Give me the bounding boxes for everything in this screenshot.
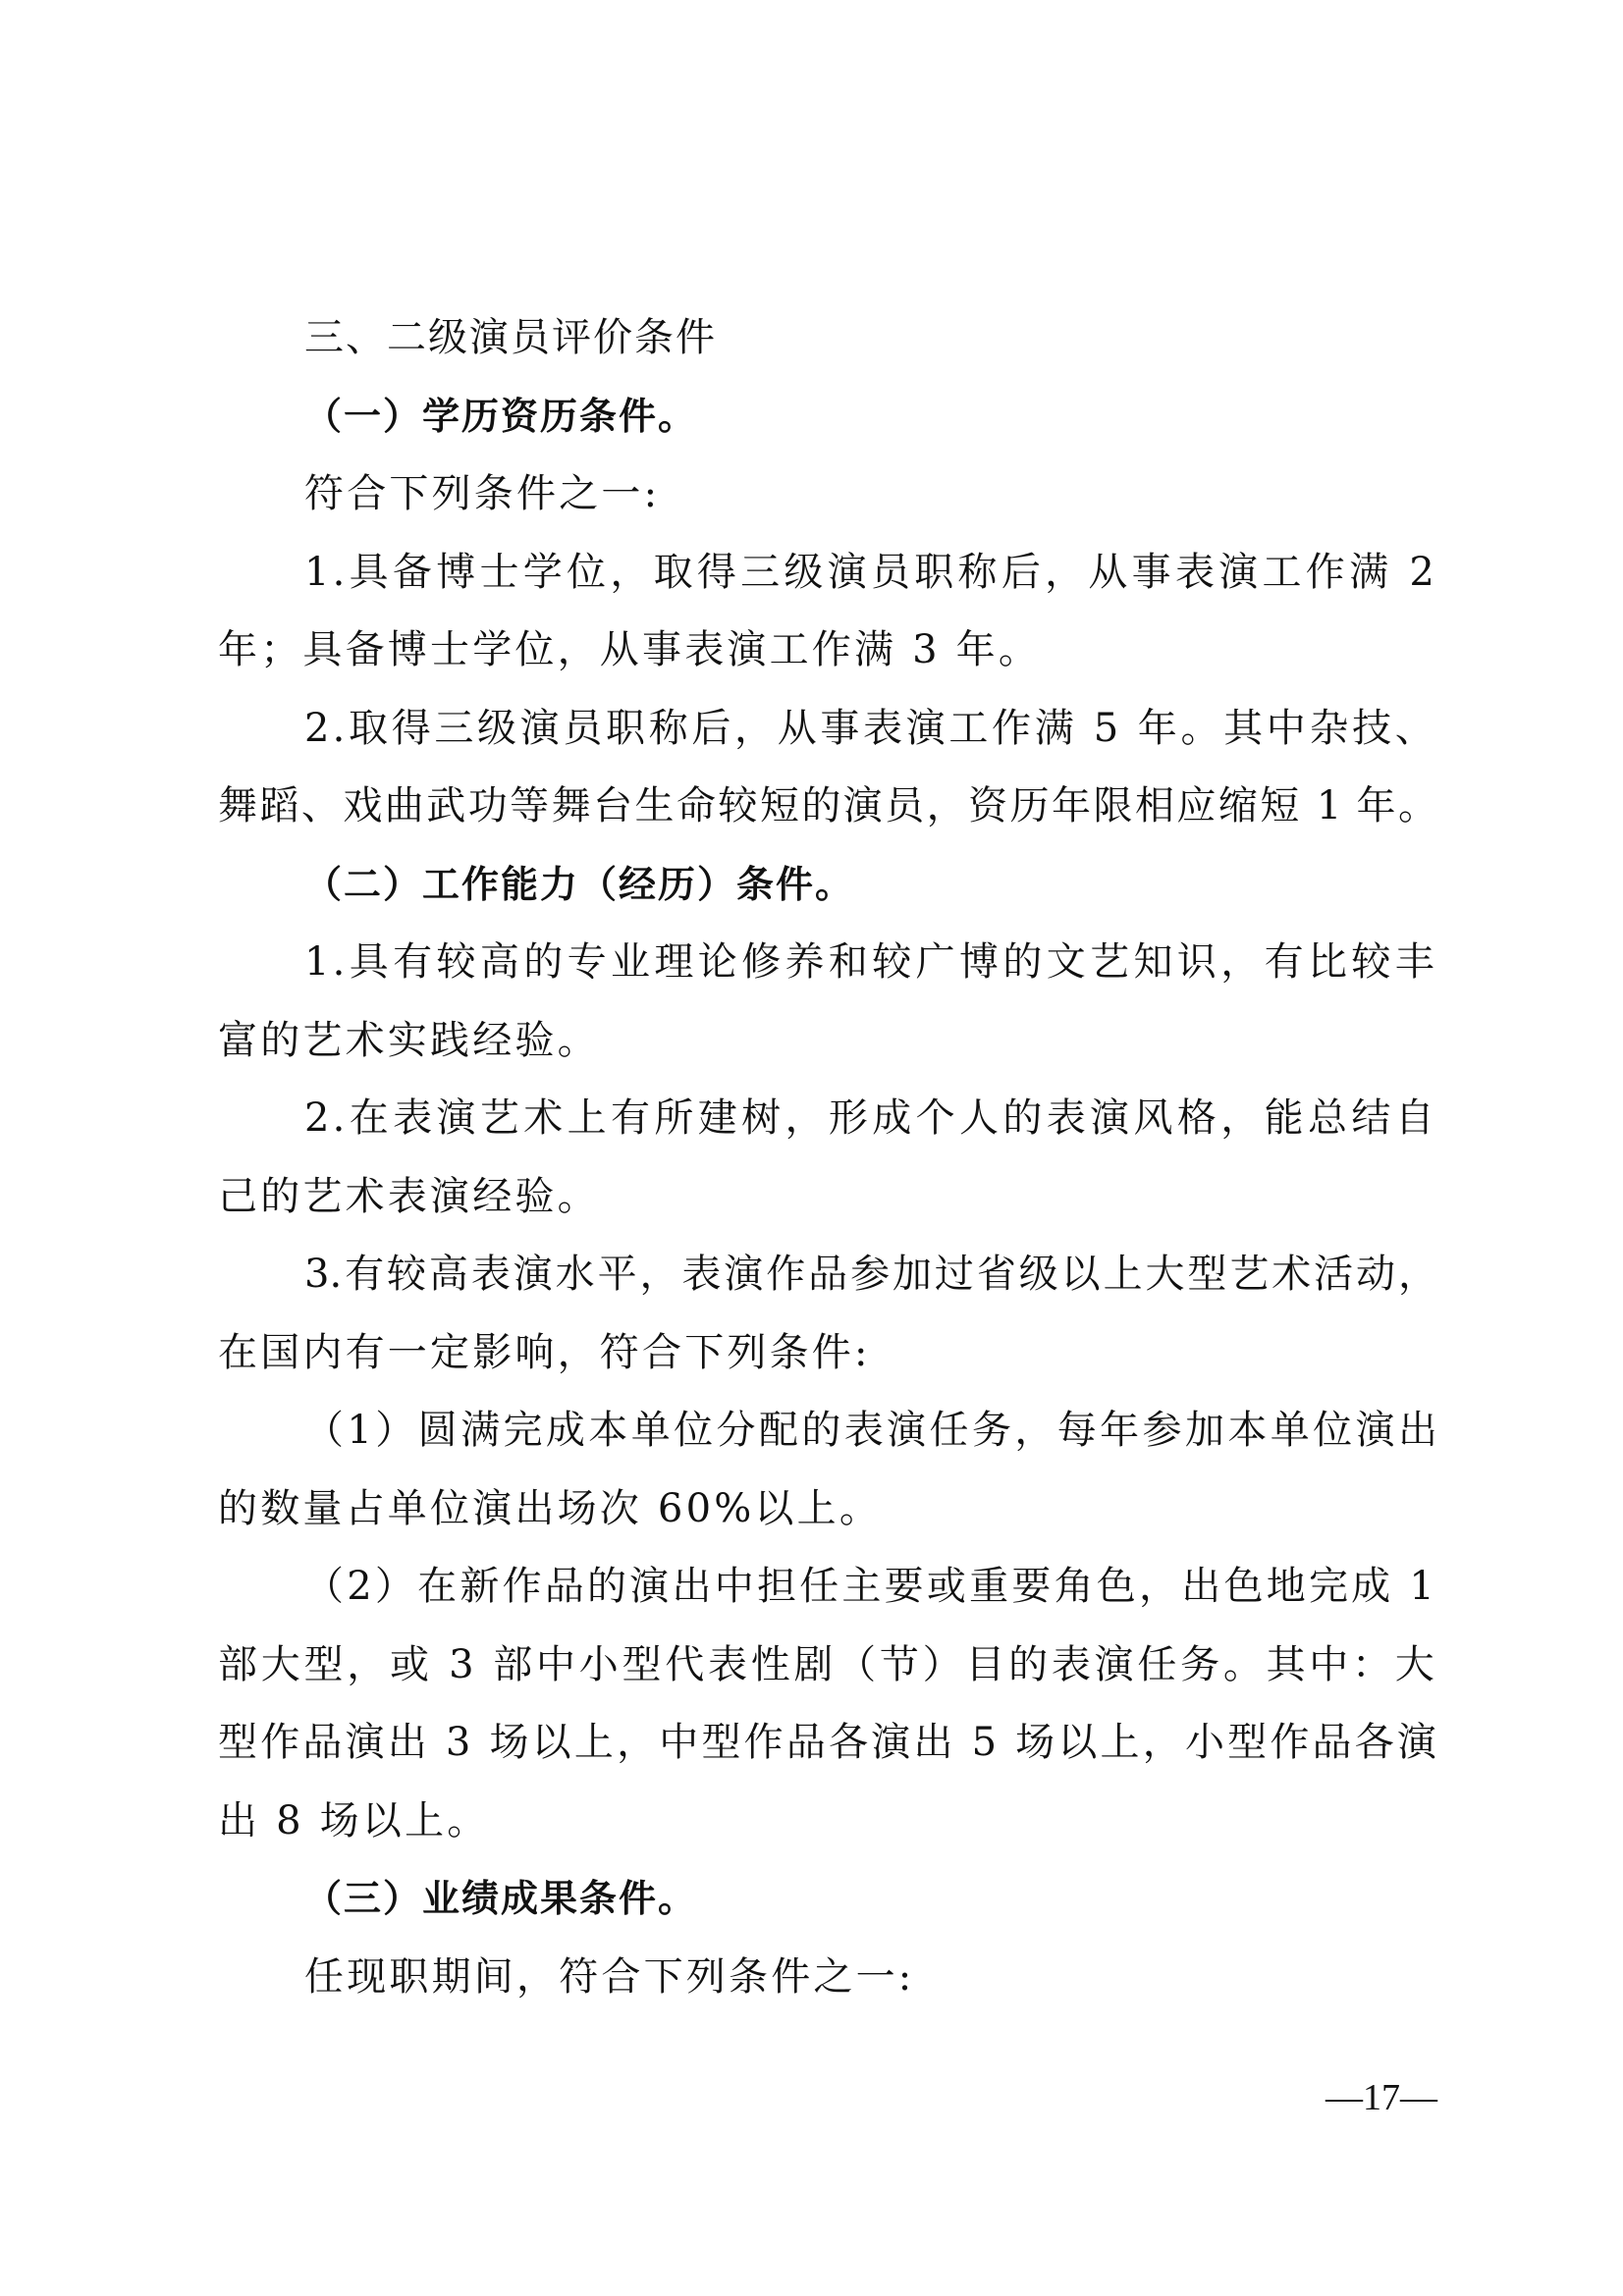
page-number: —17— bbox=[1325, 2073, 1437, 2122]
paragraph-line: 1.具有较高的专业理论修养和较广博的文艺知识，有比较丰 bbox=[218, 924, 1437, 1002]
section-title: 三、二级演员评价条件 bbox=[218, 299, 1437, 378]
paragraph-line: 富的艺术实践经验。 bbox=[218, 1002, 1437, 1081]
paragraph-line: 2.取得三级演员职称后，从事表演工作满 5 年。其中杂技、 bbox=[218, 690, 1437, 769]
subsection-intro-achievements: 任现职期间，符合下列条件之一: bbox=[218, 1939, 1437, 2017]
paragraph-line: 舞蹈、戏曲武功等舞台生命较短的演员，资历年限相应缩短 1 年。 bbox=[218, 768, 1437, 846]
paragraph-line: 1.具备博士学位，取得三级演员职称后，从事表演工作满 2 bbox=[218, 534, 1437, 613]
paragraph-line: （1）圆满完成本单位分配的表演任务，每年参加本单位演出 bbox=[218, 1392, 1437, 1470]
document-body: 三、二级演员评价条件 （一）学历资历条件。 符合下列条件之一: 1.具备博士学位… bbox=[218, 299, 1437, 2016]
subsection-heading-achievements: （三）业绩成果条件。 bbox=[218, 1860, 1437, 1939]
paragraph-line: 出 8 场以上。 bbox=[218, 1783, 1437, 1861]
paragraph-line: 型作品演出 3 场以上，中型作品各演出 5 场以上，小型作品各演 bbox=[218, 1704, 1437, 1783]
paragraph-line: 2.在表演艺术上有所建树，形成个人的表演风格，能总结自 bbox=[218, 1080, 1437, 1158]
document-page: 三、二级演员评价条件 （一）学历资历条件。 符合下列条件之一: 1.具备博士学位… bbox=[0, 0, 1623, 2296]
paragraph-line: 部大型，或 3 部中小型代表性剧（节）目的表演任务。其中：大 bbox=[218, 1627, 1437, 1705]
paragraph-line: 在国内有一定影响，符合下列条件: bbox=[218, 1314, 1437, 1393]
paragraph-line: 的数量占单位演出场次 60%以上。 bbox=[218, 1470, 1437, 1549]
subsection-heading-education: （一）学历资历条件。 bbox=[218, 378, 1437, 456]
paragraph-line: 年；具备博士学位，从事表演工作满 3 年。 bbox=[218, 612, 1437, 690]
subsection-heading-ability: （二）工作能力（经历）条件。 bbox=[218, 846, 1437, 925]
paragraph-line: （2）在新作品的演出中担任主要或重要角色，出色地完成 1 bbox=[218, 1548, 1437, 1627]
paragraph-line: 3.有较高表演水平，表演作品参加过省级以上大型艺术活动， bbox=[218, 1236, 1437, 1314]
paragraph-line: 己的艺术表演经验。 bbox=[218, 1158, 1437, 1237]
subsection-intro-education: 符合下列条件之一: bbox=[218, 455, 1437, 534]
